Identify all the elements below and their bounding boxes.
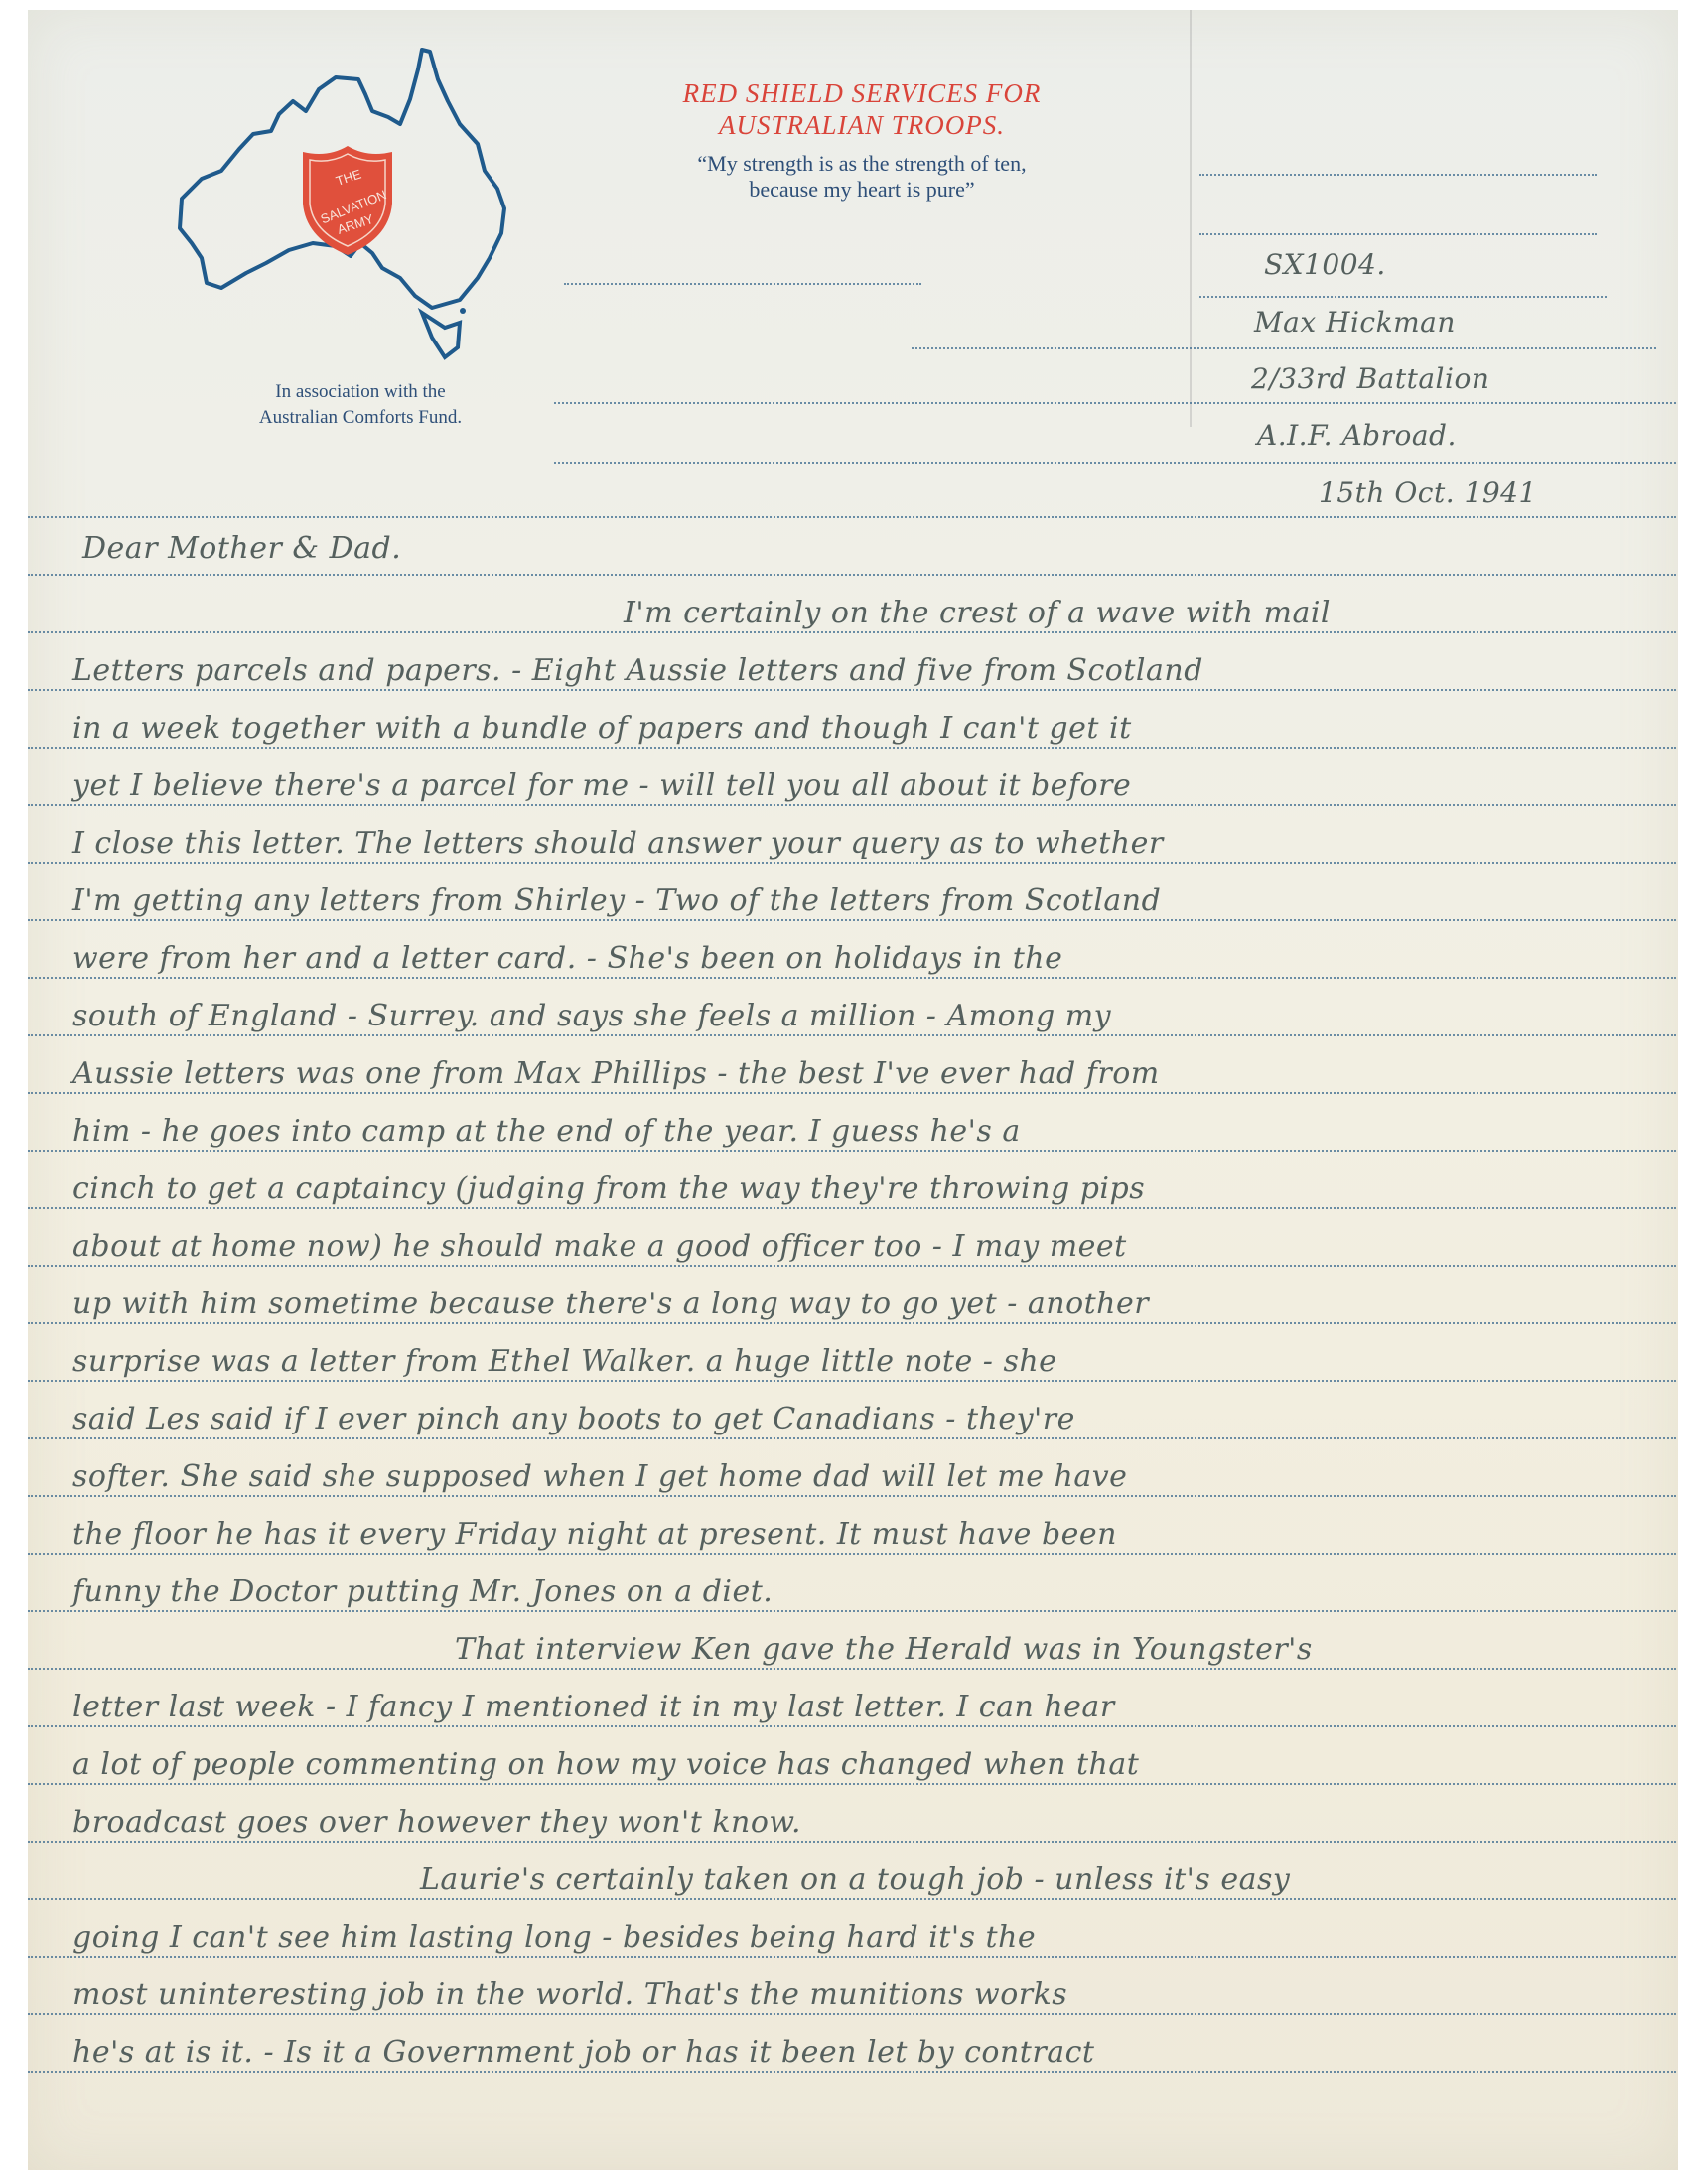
- letterhead-quote: “My strength is as the strength of ten, …: [584, 151, 1140, 203]
- letter-sheet: THE SALVATION ARMY RED SHIELD SERVICES F…: [28, 10, 1678, 2170]
- body-line: in a week together with a bundle of pape…: [72, 711, 1132, 746]
- ruled-line: [28, 747, 1676, 749]
- letterhead-title-line1: RED SHIELD SERVICES FOR: [584, 77, 1140, 109]
- letterhead-title-line2: AUSTRALIAN TROOPS.: [584, 109, 1140, 141]
- ruled-line: [28, 689, 1676, 691]
- service-number: SX1004.: [1264, 248, 1386, 281]
- ruled-line: [28, 1553, 1676, 1555]
- address-rule: [1199, 233, 1597, 235]
- address-rule: [1199, 296, 1607, 298]
- body-line: going I can't see him lasting long - bes…: [72, 1920, 1036, 1955]
- body-line: Aussie letters was one from Max Phillips…: [72, 1056, 1160, 1091]
- body-line: cinch to get a captaincy (judging from t…: [72, 1171, 1145, 1206]
- body-line: letter last week - I fancy I mentioned i…: [72, 1690, 1115, 1724]
- body-line: up with him sometime because there's a l…: [72, 1287, 1149, 1321]
- association-note: In association with the Australian Comfo…: [172, 379, 549, 431]
- ruled-line: [28, 1265, 1676, 1267]
- ruled-line: [28, 1841, 1676, 1843]
- body-line: broadcast goes over however they won't k…: [72, 1805, 801, 1840]
- body-line: Laurie's certainly taken on a tough job …: [420, 1862, 1290, 1897]
- ruled-line: [28, 977, 1676, 979]
- quote-line1: “My strength is as the strength of ten,: [584, 151, 1140, 177]
- header-rule: [554, 402, 1676, 404]
- body-line: south of England - Surrey. and says she …: [72, 999, 1111, 1033]
- address-rule: [1199, 174, 1597, 176]
- ruled-line: [28, 1725, 1676, 1727]
- body-line: softer. She said she supposed when I get…: [72, 1459, 1127, 1494]
- ruled-line: [28, 574, 1676, 576]
- letter-date: 15th Oct. 1941: [1319, 477, 1537, 509]
- body-line: yet I believe there's a parcel for me - …: [72, 768, 1131, 803]
- body-line: about at home now) he should make a good…: [72, 1229, 1127, 1264]
- body-line: I'm getting any letters from Shirley - T…: [72, 884, 1161, 918]
- body-line: a lot of people commenting on how my voi…: [72, 1747, 1139, 1782]
- ruled-line: [28, 1898, 1676, 1900]
- ruled-line: [28, 1380, 1676, 1382]
- quote-line2: because my heart is pure”: [584, 177, 1140, 203]
- ruled-line: [28, 1956, 1676, 1958]
- ruled-line: [28, 1207, 1676, 1209]
- ruled-line: [28, 1092, 1676, 1094]
- sender-force: A.I.F. Abroad.: [1257, 419, 1457, 452]
- ruled-line: [28, 1495, 1676, 1497]
- letterhead-rule: [564, 283, 921, 285]
- ruled-line: [28, 1437, 1676, 1439]
- body-line: surprise was a letter from Ethel Walker.…: [72, 1344, 1056, 1379]
- sender-unit: 2/33rd Battalion: [1251, 362, 1489, 395]
- address-rule: [912, 347, 1656, 349]
- body-line: I close this letter. The letters should …: [72, 826, 1164, 861]
- ruled-line: [28, 2013, 1676, 2015]
- ruled-line: [28, 1610, 1676, 1612]
- body-line: he's at is it. - Is it a Government job …: [72, 2035, 1094, 2070]
- ruled-line: [28, 2071, 1676, 2073]
- ruled-line: [28, 1034, 1676, 1036]
- association-line1: In association with the: [172, 379, 549, 405]
- salutation: Dear Mother & Dad.: [82, 531, 401, 566]
- ruled-line: [28, 862, 1676, 864]
- paper-fold-line: [1190, 10, 1192, 427]
- body-line: the floor he has it every Friday night a…: [72, 1517, 1117, 1552]
- salvation-army-red-shield-icon: THE SALVATION ARMY: [298, 144, 397, 258]
- ruled-line: [28, 804, 1676, 806]
- body-line: him - he goes into camp at the end of th…: [72, 1114, 1021, 1149]
- body-line: I'm certainly on the crest of a wave wit…: [624, 596, 1331, 630]
- ruled-line: [28, 516, 1676, 518]
- header-rule: [554, 462, 1676, 464]
- ruled-line: [28, 1668, 1676, 1670]
- body-line: said Les said if I ever pinch any boots …: [72, 1402, 1075, 1436]
- association-line2: Australian Comforts Fund.: [172, 405, 549, 431]
- letterhead-title: RED SHIELD SERVICES FOR AUSTRALIAN TROOP…: [584, 77, 1140, 141]
- ruled-line: [28, 919, 1676, 921]
- body-line: funny the Doctor putting Mr. Jones on a …: [72, 1574, 773, 1609]
- ruled-line: [28, 631, 1676, 633]
- ruled-line: [28, 1322, 1676, 1324]
- ruled-line: [28, 1783, 1676, 1785]
- ruled-line: [28, 1150, 1676, 1152]
- body-line: Letters parcels and papers. - Eight Auss…: [72, 653, 1203, 688]
- body-line: were from her and a letter card. - She's…: [72, 941, 1062, 976]
- sender-name: Max Hickman: [1254, 306, 1456, 339]
- body-line: That interview Ken gave the Herald was i…: [455, 1632, 1313, 1667]
- body-line: most uninteresting job in the world. Tha…: [72, 1978, 1067, 2012]
